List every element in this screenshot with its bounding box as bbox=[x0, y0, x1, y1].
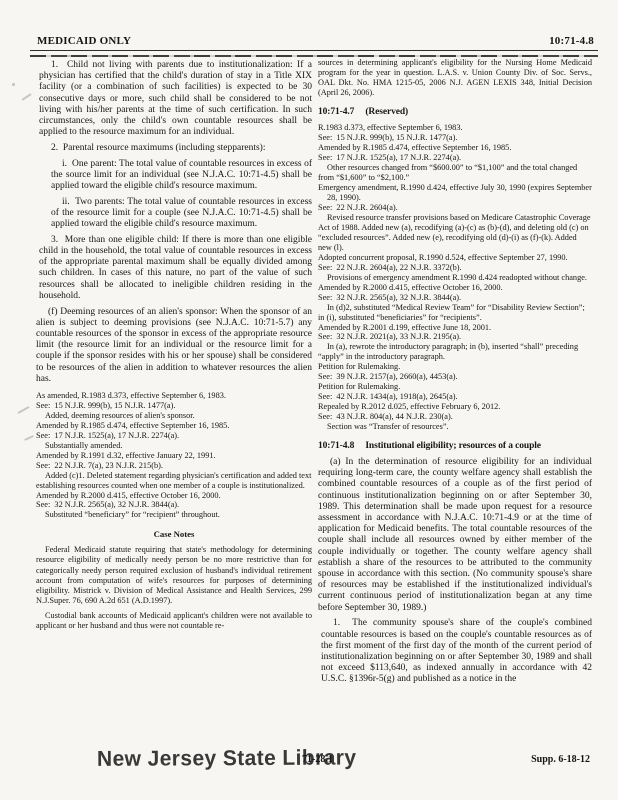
history-line: See: 22 N.J.R. 2604(a). bbox=[318, 203, 592, 213]
body-paragraphs: 1. Child not living with parents due to … bbox=[36, 60, 312, 385]
history-line: See: 39 N.J.R. 2157(a), 2660(a), 4453(a)… bbox=[318, 372, 592, 382]
history-line: Petition for Rulemaking. bbox=[318, 382, 592, 392]
pen-mark bbox=[24, 435, 34, 441]
history-line: See: 22 N.J.R. 7(a), 23 N.J.R. 215(b). bbox=[36, 461, 312, 471]
history-line: See: 32 N.J.R. 2565(a), 32 N.J.R. 3844(a… bbox=[36, 500, 312, 510]
history-line: See: 32 N.J.R. 2021(a), 33 N.J.R. 2195(a… bbox=[318, 332, 592, 342]
history-line: Added, deeming resources of alien's spon… bbox=[36, 411, 312, 421]
page-header: MEDICAID ONLY 10:71-4.8 bbox=[37, 35, 594, 47]
section-heading-10-71-4-7: 10:71-4.7(Reserved) bbox=[318, 107, 592, 117]
history-line: Amended by R.2001 d.199, effective June … bbox=[318, 323, 592, 333]
history-line: Repealed by R.2012 d.025, effective Febr… bbox=[318, 402, 592, 412]
body-paragraphs: (a) In the determination of resource eli… bbox=[318, 457, 592, 686]
case-notes: Federal Medicaid statute requiring that … bbox=[36, 545, 312, 631]
history-line: See: 42 N.J.R. 1434(a), 1918(a), 2645(a)… bbox=[318, 392, 592, 402]
header-left-title: MEDICAID ONLY bbox=[37, 35, 131, 47]
pen-mark bbox=[21, 93, 31, 100]
history-line: Amended by R.1985 d.474, effective Septe… bbox=[318, 143, 592, 153]
body-paragraph: i. One parent: The total value of counta… bbox=[51, 159, 312, 193]
header-right-citation: 10:71-4.8 bbox=[549, 35, 594, 47]
header-rule-thin bbox=[30, 50, 598, 51]
history-line: Adopted concurrent proposal, R.1990 d.52… bbox=[318, 253, 592, 263]
section-title: (Reserved) bbox=[365, 107, 408, 117]
history-line: Amended by R.1991 d.32, effective Januar… bbox=[36, 451, 312, 461]
section-title: Institutional eligibility; resources of … bbox=[365, 441, 541, 451]
body-paragraph: 1. Child not living with parents due to … bbox=[39, 60, 312, 138]
page-number: 71-28.1 bbox=[302, 754, 333, 765]
section-number: 10:71-4.8 bbox=[318, 441, 354, 451]
history-notes: R.1983 d.373, effective September 6, 198… bbox=[318, 123, 592, 432]
history-line: See: 15 N.J.R. 999(b), 15 N.J.R. 1477(a)… bbox=[36, 401, 312, 411]
history-line: Emergency amendment, R.1990 d.424, effec… bbox=[318, 183, 592, 203]
case-note: Federal Medicaid statute requiring that … bbox=[36, 545, 312, 606]
history-line: Added (c)1. Deleted statement regarding … bbox=[36, 471, 312, 491]
history-line: Other resources changed from “$600.00” t… bbox=[318, 163, 592, 183]
history-line: Provisions of emergency amendment R.1990… bbox=[318, 273, 592, 283]
history-line: Section was “Transfer of resources”. bbox=[318, 422, 592, 432]
document-page: MEDICAID ONLY 10:71-4.8 1. Child not liv… bbox=[0, 0, 618, 800]
body-paragraph: ii. Two parents: The total value of coun… bbox=[51, 197, 312, 231]
case-note: Custodial bank accounts of Medicaid appl… bbox=[36, 611, 312, 631]
history-notes: As amended, R.1983 d.373, effective Sept… bbox=[36, 391, 312, 520]
section-number: 10:71-4.7 bbox=[318, 107, 354, 117]
case-note-continuation: sources in determining applicant's eligi… bbox=[318, 58, 592, 98]
body-paragraph: (a) In the determination of resource eli… bbox=[318, 457, 592, 614]
body-paragraph: 3. More than one eligible child: If ther… bbox=[39, 235, 312, 302]
history-line: Petition for Rulemaking. bbox=[318, 362, 592, 372]
history-line: See: 32 N.J.R. 2565(a), 32 N.J.R. 3844(a… bbox=[318, 293, 592, 303]
history-line: In (a), rewrote the introductory paragra… bbox=[318, 342, 592, 362]
right-column: sources in determining applicant's eligi… bbox=[318, 58, 592, 690]
history-line: Amended by R.2000 d.415, effective Octob… bbox=[36, 491, 312, 501]
history-line: See: 17 N.J.R. 1525(a), 17 N.J.R. 2274(a… bbox=[318, 153, 592, 163]
history-line: See: 17 N.J.R. 1525(a), 17 N.J.R. 2274(a… bbox=[36, 431, 312, 441]
pen-mark bbox=[12, 83, 15, 86]
history-line: See: 22 N.J.R. 2604(a), 22 N.J.R. 3372(b… bbox=[318, 263, 592, 273]
history-line: Amended by R.1985 d.474, effective Septe… bbox=[36, 421, 312, 431]
history-line: R.1983 d.373, effective September 6, 198… bbox=[318, 123, 592, 133]
history-line: Substituted “beneficiary” for “recipient… bbox=[36, 510, 312, 520]
history-line: See: 15 N.J.R. 999(b), 15 N.J.R. 1477(a)… bbox=[318, 133, 592, 143]
left-column: 1. Child not living with parents due to … bbox=[36, 60, 312, 636]
history-line: See: 43 N.J.R. 804(a), 44 N.J.R. 230(a). bbox=[318, 412, 592, 422]
body-paragraph: 2. Parental resource maximums (including… bbox=[39, 143, 312, 154]
history-line: Amended by R.2000 d.415, effective Octob… bbox=[318, 283, 592, 293]
body-paragraph: (f) Deeming resources of an alien's spon… bbox=[36, 307, 312, 385]
history-line: Revised resource transfer provisions bas… bbox=[318, 213, 592, 253]
history-line: Substantially amended. bbox=[36, 441, 312, 451]
supplement-date: Supp. 6-18-12 bbox=[531, 754, 590, 765]
body-paragraph: 1. The community spouse's share of the c… bbox=[321, 618, 592, 685]
history-line: As amended, R.1983 d.373, effective Sept… bbox=[36, 391, 312, 401]
case-notes-title: Case Notes bbox=[36, 529, 312, 539]
history-line: In (d)2, substituted “Medical Review Tea… bbox=[318, 303, 592, 323]
section-heading-10-71-4-8: 10:71-4.8Institutional eligibility; reso… bbox=[318, 441, 592, 451]
pen-mark bbox=[17, 406, 29, 414]
